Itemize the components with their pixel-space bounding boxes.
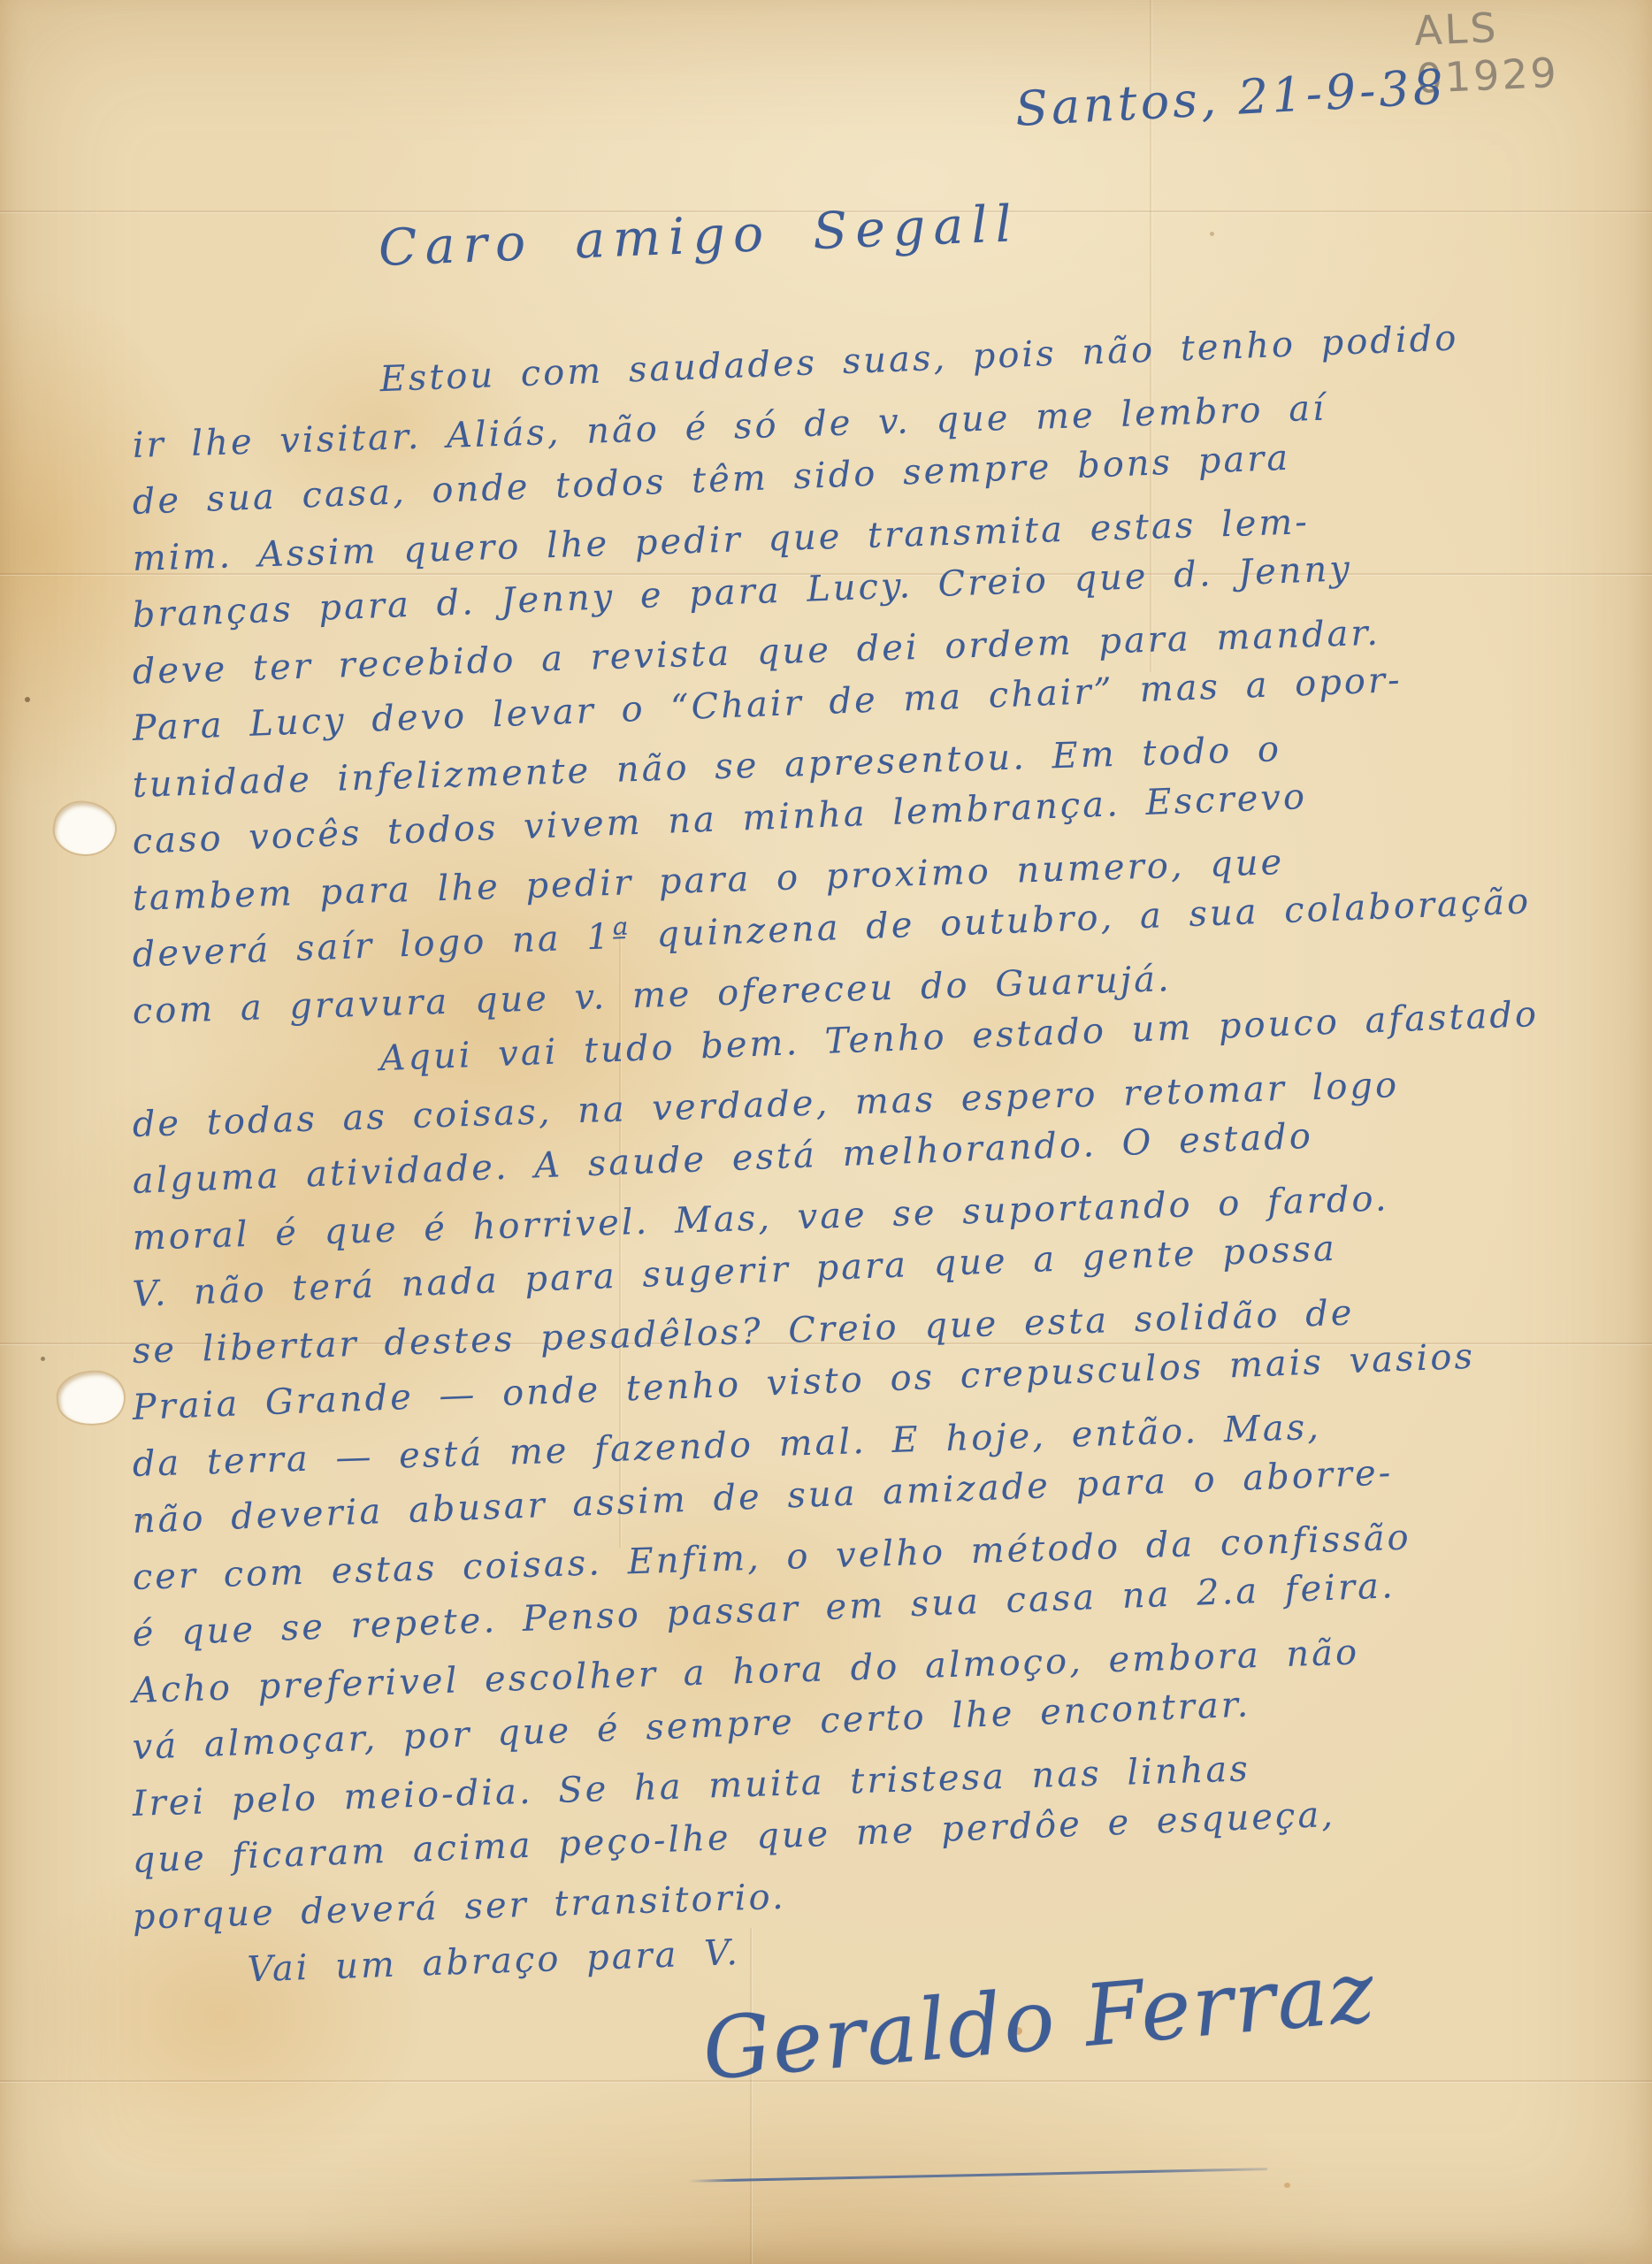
dateline: Santos, 21-9-38 — [1013, 58, 1448, 136]
punch-hole — [56, 1369, 126, 1426]
paper-speck — [41, 1357, 45, 1361]
paper-speck — [25, 697, 30, 702]
catalog-number: ALS 01929 — [1413, 0, 1652, 103]
letter-body: Estou com saudades suas, pois não tenho … — [133, 361, 1583, 1946]
paper-speck — [1284, 2183, 1290, 2188]
paper-speck — [1210, 232, 1214, 236]
salutation: Caro amigo Segall — [378, 195, 1021, 278]
punch-hole — [51, 799, 118, 859]
signature-underline — [688, 2168, 1267, 2183]
letter-sheet: ALS 01929 Santos, 21-9-38 Caro amigo Seg… — [0, 0, 1652, 2264]
